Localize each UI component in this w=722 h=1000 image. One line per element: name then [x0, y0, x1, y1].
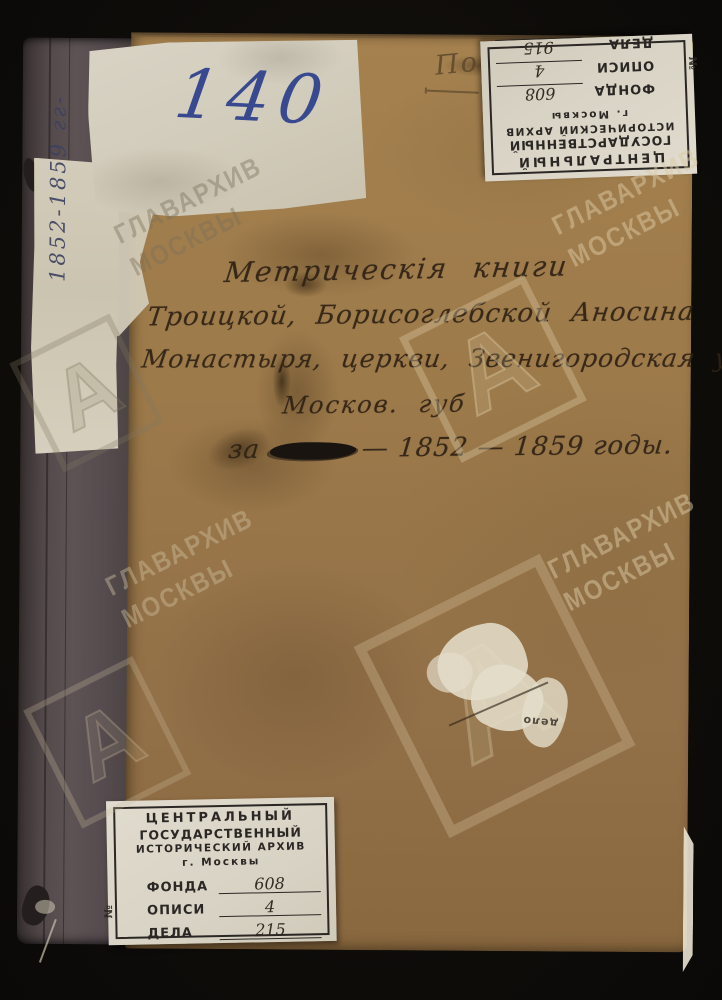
- title-line-5: за— 1852 — 1859 годы.: [227, 430, 675, 465]
- frayed-thread: [35, 900, 55, 914]
- opis-row: ОПИСИ 4: [147, 894, 321, 918]
- opis-label: ОПИСИ: [582, 57, 655, 75]
- opis-value: 4: [219, 898, 321, 917]
- stamp-fields: ФОНДА 608 ОПИСИ 4 ДЕЛА 215: [146, 871, 321, 943]
- fond-row: ФОНДА 608: [146, 871, 320, 895]
- delo-value: 915: [495, 37, 582, 57]
- inventory-number-handwritten: 140: [170, 55, 336, 141]
- paint-smudge: дело: [426, 618, 567, 751]
- archive-stamp-bottom: ЦЕНТРАЛЬНЫЙ ГОСУДАРСТВЕННЫЙ ИСТОРИЧЕСКИЙ…: [106, 797, 337, 945]
- title-line-4: Москов. губ: [281, 390, 468, 420]
- fond-row: ФОНДА 608: [497, 80, 656, 107]
- smudge-blob: [427, 652, 473, 692]
- stamp-border: ЦЕНТРАЛЬНЫЙ ГОСУДАРСТВЕННЫЙ ИСТОРИЧЕСКИЙ…: [113, 803, 329, 939]
- inked-out-text: [269, 442, 357, 460]
- title-line-3: Монастыря, церкви, Звенигородская у.: [140, 343, 722, 373]
- title-line-2: Троицкой, Борисоглебской Аносина: [145, 297, 696, 333]
- top-number-label: 140: [87, 38, 367, 218]
- frayed-thread: [39, 919, 57, 963]
- delo-row: ДЕЛА 215: [147, 917, 321, 941]
- archival-book-cover-scan: 1852-1859 гг- 140 По ЦЕНТРАЛЬНЫЙ ГОСУДАР…: [0, 0, 722, 1000]
- delo-label: ДЕЛА: [581, 34, 654, 52]
- delo-label: ДЕЛА: [147, 925, 219, 941]
- book-cover: 1852-1859 гг- 140 По ЦЕНТРАЛЬНЫЙ ГОСУДАР…: [17, 32, 695, 955]
- fond-value: 608: [497, 83, 584, 103]
- pencil-note: По: [434, 47, 481, 82]
- page-block-sliver: [683, 826, 694, 972]
- fond-label: ФОНДА: [583, 80, 656, 98]
- opis-value: 4: [496, 60, 583, 80]
- title-line-1: Метрическія книги: [223, 249, 571, 289]
- archive-stamp-top: ЦЕНТРАЛЬНЫЙ ГОСУДАРСТВЕННЫЙ ИСТОРИЧЕСКИЙ…: [480, 34, 697, 182]
- fond-value: 608: [218, 875, 320, 894]
- date-prefix: за: [227, 435, 262, 465]
- date-range: — 1852 — 1859 годы.: [361, 430, 675, 463]
- spine-date-text: 1852-1859 гг-: [45, 48, 87, 328]
- stamp-border: ЦЕНТРАЛЬНЫЙ ГОСУДАРСТВЕННЫЙ ИСТОРИЧЕСКИЙ…: [487, 40, 690, 175]
- delo-row: ДЕЛА 915: [495, 34, 654, 61]
- stamp-org-line4: г. Москвы: [118, 854, 324, 871]
- fond-label: ФОНДА: [147, 879, 219, 895]
- opis-label: ОПИСИ: [147, 902, 219, 918]
- opis-row: ОПИСИ 4: [496, 57, 655, 84]
- delo-value: 215: [219, 921, 321, 940]
- stamp-fields: ФОНДА 608 ОПИСИ 4 ДЕЛА 915: [495, 32, 655, 107]
